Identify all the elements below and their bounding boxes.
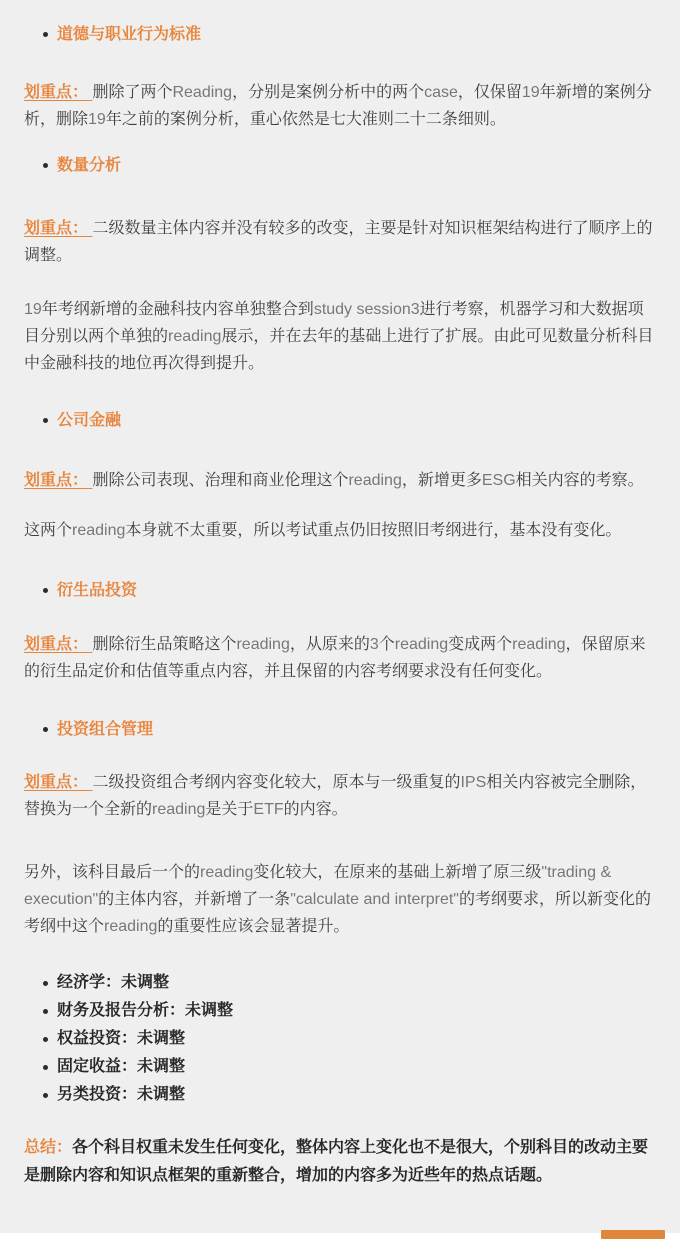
section-heading: 投资组合管理 bbox=[24, 716, 656, 743]
body-text: ，仅保留 bbox=[458, 84, 522, 101]
article-page: 道德与职业行为标准划重点： 删除了两个Reading，分别是案例分析中的两个ca… bbox=[0, 0, 680, 1239]
body-text: 是关于 bbox=[205, 801, 253, 818]
body-text: 这两个 bbox=[24, 522, 72, 539]
latin-text: "calculate and interpret" bbox=[290, 891, 459, 908]
body-text: ，新增更多 bbox=[402, 472, 482, 489]
key-point-label: 划重点： bbox=[24, 636, 92, 653]
body-text: 相关内容的考察。 bbox=[516, 472, 644, 489]
latin-text: 3 bbox=[370, 636, 379, 653]
bullet-icon bbox=[43, 981, 48, 986]
body-text: 删除衍生品策略这个 bbox=[92, 636, 236, 653]
paragraph: 这两个reading本身就不太重要，所以考试重点仍旧按照旧考纲进行，基本没有变化… bbox=[24, 517, 656, 544]
bullet-icon bbox=[43, 163, 48, 168]
section-heading: 数量分析 bbox=[24, 152, 656, 179]
list-item-label: 权益投资：未调整 bbox=[57, 1025, 185, 1053]
paragraph: 划重点： 删除衍生品策略这个reading，从原来的3个reading变成两个r… bbox=[24, 631, 656, 685]
paragraph: 划重点： 二级数量主体内容并没有较多的改变，主要是针对知识框架结构进行了顺序上的… bbox=[24, 215, 656, 269]
section-heading-label: 衍生品投资 bbox=[57, 577, 137, 604]
bullet-icon bbox=[43, 727, 48, 732]
section-heading-label: 道德与职业行为标准 bbox=[57, 21, 201, 48]
bullet-icon bbox=[43, 418, 48, 423]
list-item-label: 固定收益：未调整 bbox=[57, 1053, 185, 1081]
body-text: 年考纲新增的金融科技内容单独整合到 bbox=[42, 301, 314, 318]
list-item: 权益投资：未调整 bbox=[24, 1025, 656, 1053]
bullet-icon bbox=[43, 1037, 48, 1042]
latin-text: reading bbox=[348, 472, 401, 489]
list-item-label: 财务及报告分析：未调整 bbox=[57, 997, 233, 1025]
latin-text: reading bbox=[395, 636, 448, 653]
list-item: 经济学：未调整 bbox=[24, 969, 656, 997]
latin-text: Reading bbox=[172, 84, 232, 101]
latin-text: reading bbox=[72, 522, 125, 539]
section-heading: 公司金融 bbox=[24, 407, 656, 434]
bullet-icon bbox=[43, 588, 48, 593]
list-item: 固定收益：未调整 bbox=[24, 1053, 656, 1081]
paragraph: 划重点： 二级投资组合考纲内容变化较大，原本与一级重复的IPS相关内容被完全删除… bbox=[24, 769, 656, 823]
list-item-label: 另类投资：未调整 bbox=[57, 1081, 185, 1109]
list-item: 财务及报告分析：未调整 bbox=[24, 997, 656, 1025]
body-text: 删除公司表现、治理和商业伦理这个 bbox=[92, 472, 348, 489]
latin-text: 19 bbox=[24, 301, 42, 318]
body-text: 的内容。 bbox=[284, 801, 348, 818]
latin-text: ESG bbox=[482, 472, 516, 489]
latin-text: 19 bbox=[88, 111, 106, 128]
paragraph: 划重点： 删除了两个Reading，分别是案例分析中的两个case，仅保留19年… bbox=[24, 79, 656, 133]
latin-text: 19 bbox=[522, 84, 540, 101]
bullet-icon bbox=[43, 1093, 48, 1098]
body-text: 个 bbox=[379, 636, 395, 653]
section-heading: 衍生品投资 bbox=[24, 577, 656, 604]
body-text: 另外，该科目最后一个的 bbox=[24, 864, 200, 881]
section-heading: 道德与职业行为标准 bbox=[24, 21, 656, 48]
latin-text: study session3 bbox=[314, 301, 420, 318]
body-text: 变化较大，在原来的基础上新增了原三级 bbox=[253, 864, 541, 881]
paragraph: 划重点： 删除公司表现、治理和商业伦理这个reading，新增更多ESG相关内容… bbox=[24, 467, 656, 494]
summary-paragraph: 总结：各个科目权重未发生任何变化，整体内容上变化也不是很大，个别科目的改动主要是… bbox=[24, 1134, 656, 1190]
body-text: ，分别是案例分析中的两个 bbox=[232, 84, 424, 101]
paragraph: 19年考纲新增的金融科技内容单独整合到study session3进行考察，机器… bbox=[24, 296, 656, 377]
key-point-label: 划重点： bbox=[24, 84, 92, 101]
key-point-label: 划重点： bbox=[24, 220, 92, 237]
latin-text: reading bbox=[236, 636, 289, 653]
latin-text: reading bbox=[168, 328, 221, 345]
key-point-label: 划重点： bbox=[24, 774, 92, 791]
paragraph: 另外，该科目最后一个的reading变化较大，在原来的基础上新增了原三级"tra… bbox=[24, 859, 656, 940]
unchanged-subjects-list: 经济学：未调整财务及报告分析：未调整权益投资：未调整固定收益：未调整另类投资：未… bbox=[24, 969, 656, 1109]
latin-text: IPS bbox=[460, 774, 486, 791]
bullet-icon bbox=[43, 32, 48, 37]
latin-text: reading bbox=[512, 636, 565, 653]
latin-text: reading bbox=[200, 864, 253, 881]
bullet-icon bbox=[43, 1065, 48, 1070]
key-point-label: 划重点： bbox=[24, 472, 92, 489]
body-text: 二级投资组合考纲内容变化较大，原本与一级重复的 bbox=[92, 774, 460, 791]
latin-text: ETF bbox=[253, 801, 283, 818]
summary-label: 总结： bbox=[24, 1139, 72, 1156]
list-item-label: 经济学：未调整 bbox=[57, 969, 169, 997]
body-text: 删除了两个 bbox=[92, 84, 172, 101]
body-text: 的主体内容，并新增了一条 bbox=[98, 891, 290, 908]
bullet-icon bbox=[43, 1009, 48, 1014]
section-heading-label: 数量分析 bbox=[57, 152, 121, 179]
bottom-strip bbox=[0, 1233, 680, 1239]
body-text: 本身就不太重要，所以考试重点仍旧按照旧考纲进行，基本没有变化。 bbox=[125, 522, 621, 539]
summary-text: 各个科目权重未发生任何变化，整体内容上变化也不是很大，个别科目的改动主要是删除内… bbox=[24, 1139, 648, 1184]
section-heading-label: 投资组合管理 bbox=[57, 716, 153, 743]
latin-text: case bbox=[424, 84, 458, 101]
body-text: 变成两个 bbox=[448, 636, 512, 653]
section-heading-label: 公司金融 bbox=[57, 407, 121, 434]
latin-text: reading bbox=[152, 801, 205, 818]
body-text: 二级数量主体内容并没有较多的改变，主要是针对知识框架结构进行了顺序上的调整。 bbox=[24, 220, 652, 264]
body-text: ，从原来的 bbox=[290, 636, 370, 653]
bottom-action-button[interactable] bbox=[601, 1230, 665, 1239]
body-text: 的重要性应该会显著提升。 bbox=[157, 918, 349, 935]
list-item: 另类投资：未调整 bbox=[24, 1081, 656, 1109]
body-text: 年之前的案例分析，重心依然是七大准则二十二条细则。 bbox=[106, 111, 506, 128]
latin-text: reading bbox=[104, 918, 157, 935]
